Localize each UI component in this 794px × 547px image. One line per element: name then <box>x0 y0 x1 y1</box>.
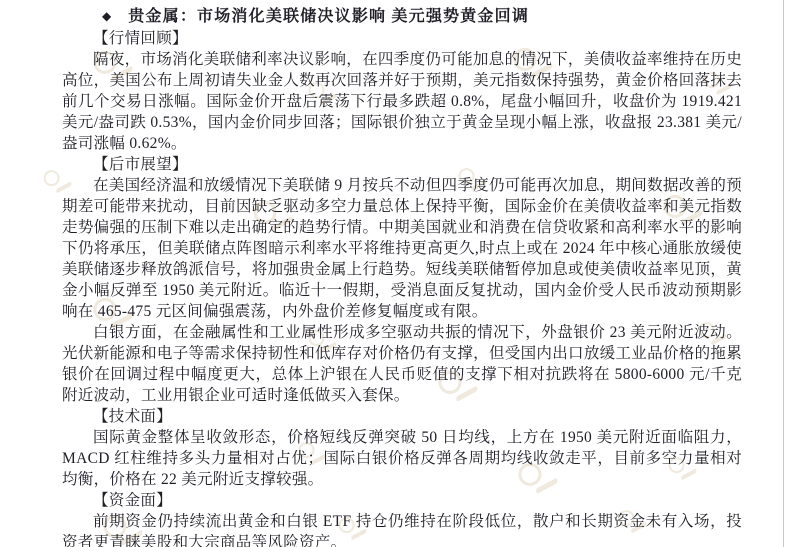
section-heading-funds: 【资金面】 <box>62 490 742 511</box>
report-title-text: 贵金属：市场消化美联储决议影响 美元强势黄金回调 <box>128 8 529 25</box>
page-edge-line <box>783 0 784 547</box>
report-body: ◆贵金属：市场消化美联储决议影响 美元强势黄金回调 【行情回顾】 隔夜，市场消化… <box>62 6 742 547</box>
paragraph-outlook-gold: 在美国经济温和放缓情况下美联储 9 月按兵不动但四季度仍可能再次加息，期间数据改… <box>62 175 742 322</box>
paragraph-market-review: 隔夜，市场消化美联储利率决议影响，在四季度仍可能加息的情况下，美债收益率维持在历… <box>62 49 742 154</box>
section-heading-outlook: 【后市展望】 <box>62 154 742 175</box>
report-title: ◆贵金属：市场消化美联储决议影响 美元强势黄金回调 <box>62 6 742 28</box>
section-heading-market-review: 【行情回顾】 <box>62 28 742 49</box>
paragraph-outlook-silver: 白银方面，在金融属性和工业属性形成多空驱动共振的情况下，外盘银价 23 美元附近… <box>62 322 742 406</box>
paragraph-technical: 国际黄金整体呈收敛形态，价格短线反弹突破 50 日均线，上方在 1950 美元附… <box>62 427 742 490</box>
section-heading-technical: 【技术面】 <box>62 406 742 427</box>
paragraph-funds: 前期资金仍持续流出黄金和白银 ETF 持仓仍维持在阶段低位，散户和长期资金未有入… <box>62 511 742 547</box>
diamond-bullet-icon: ◆ <box>102 9 111 23</box>
